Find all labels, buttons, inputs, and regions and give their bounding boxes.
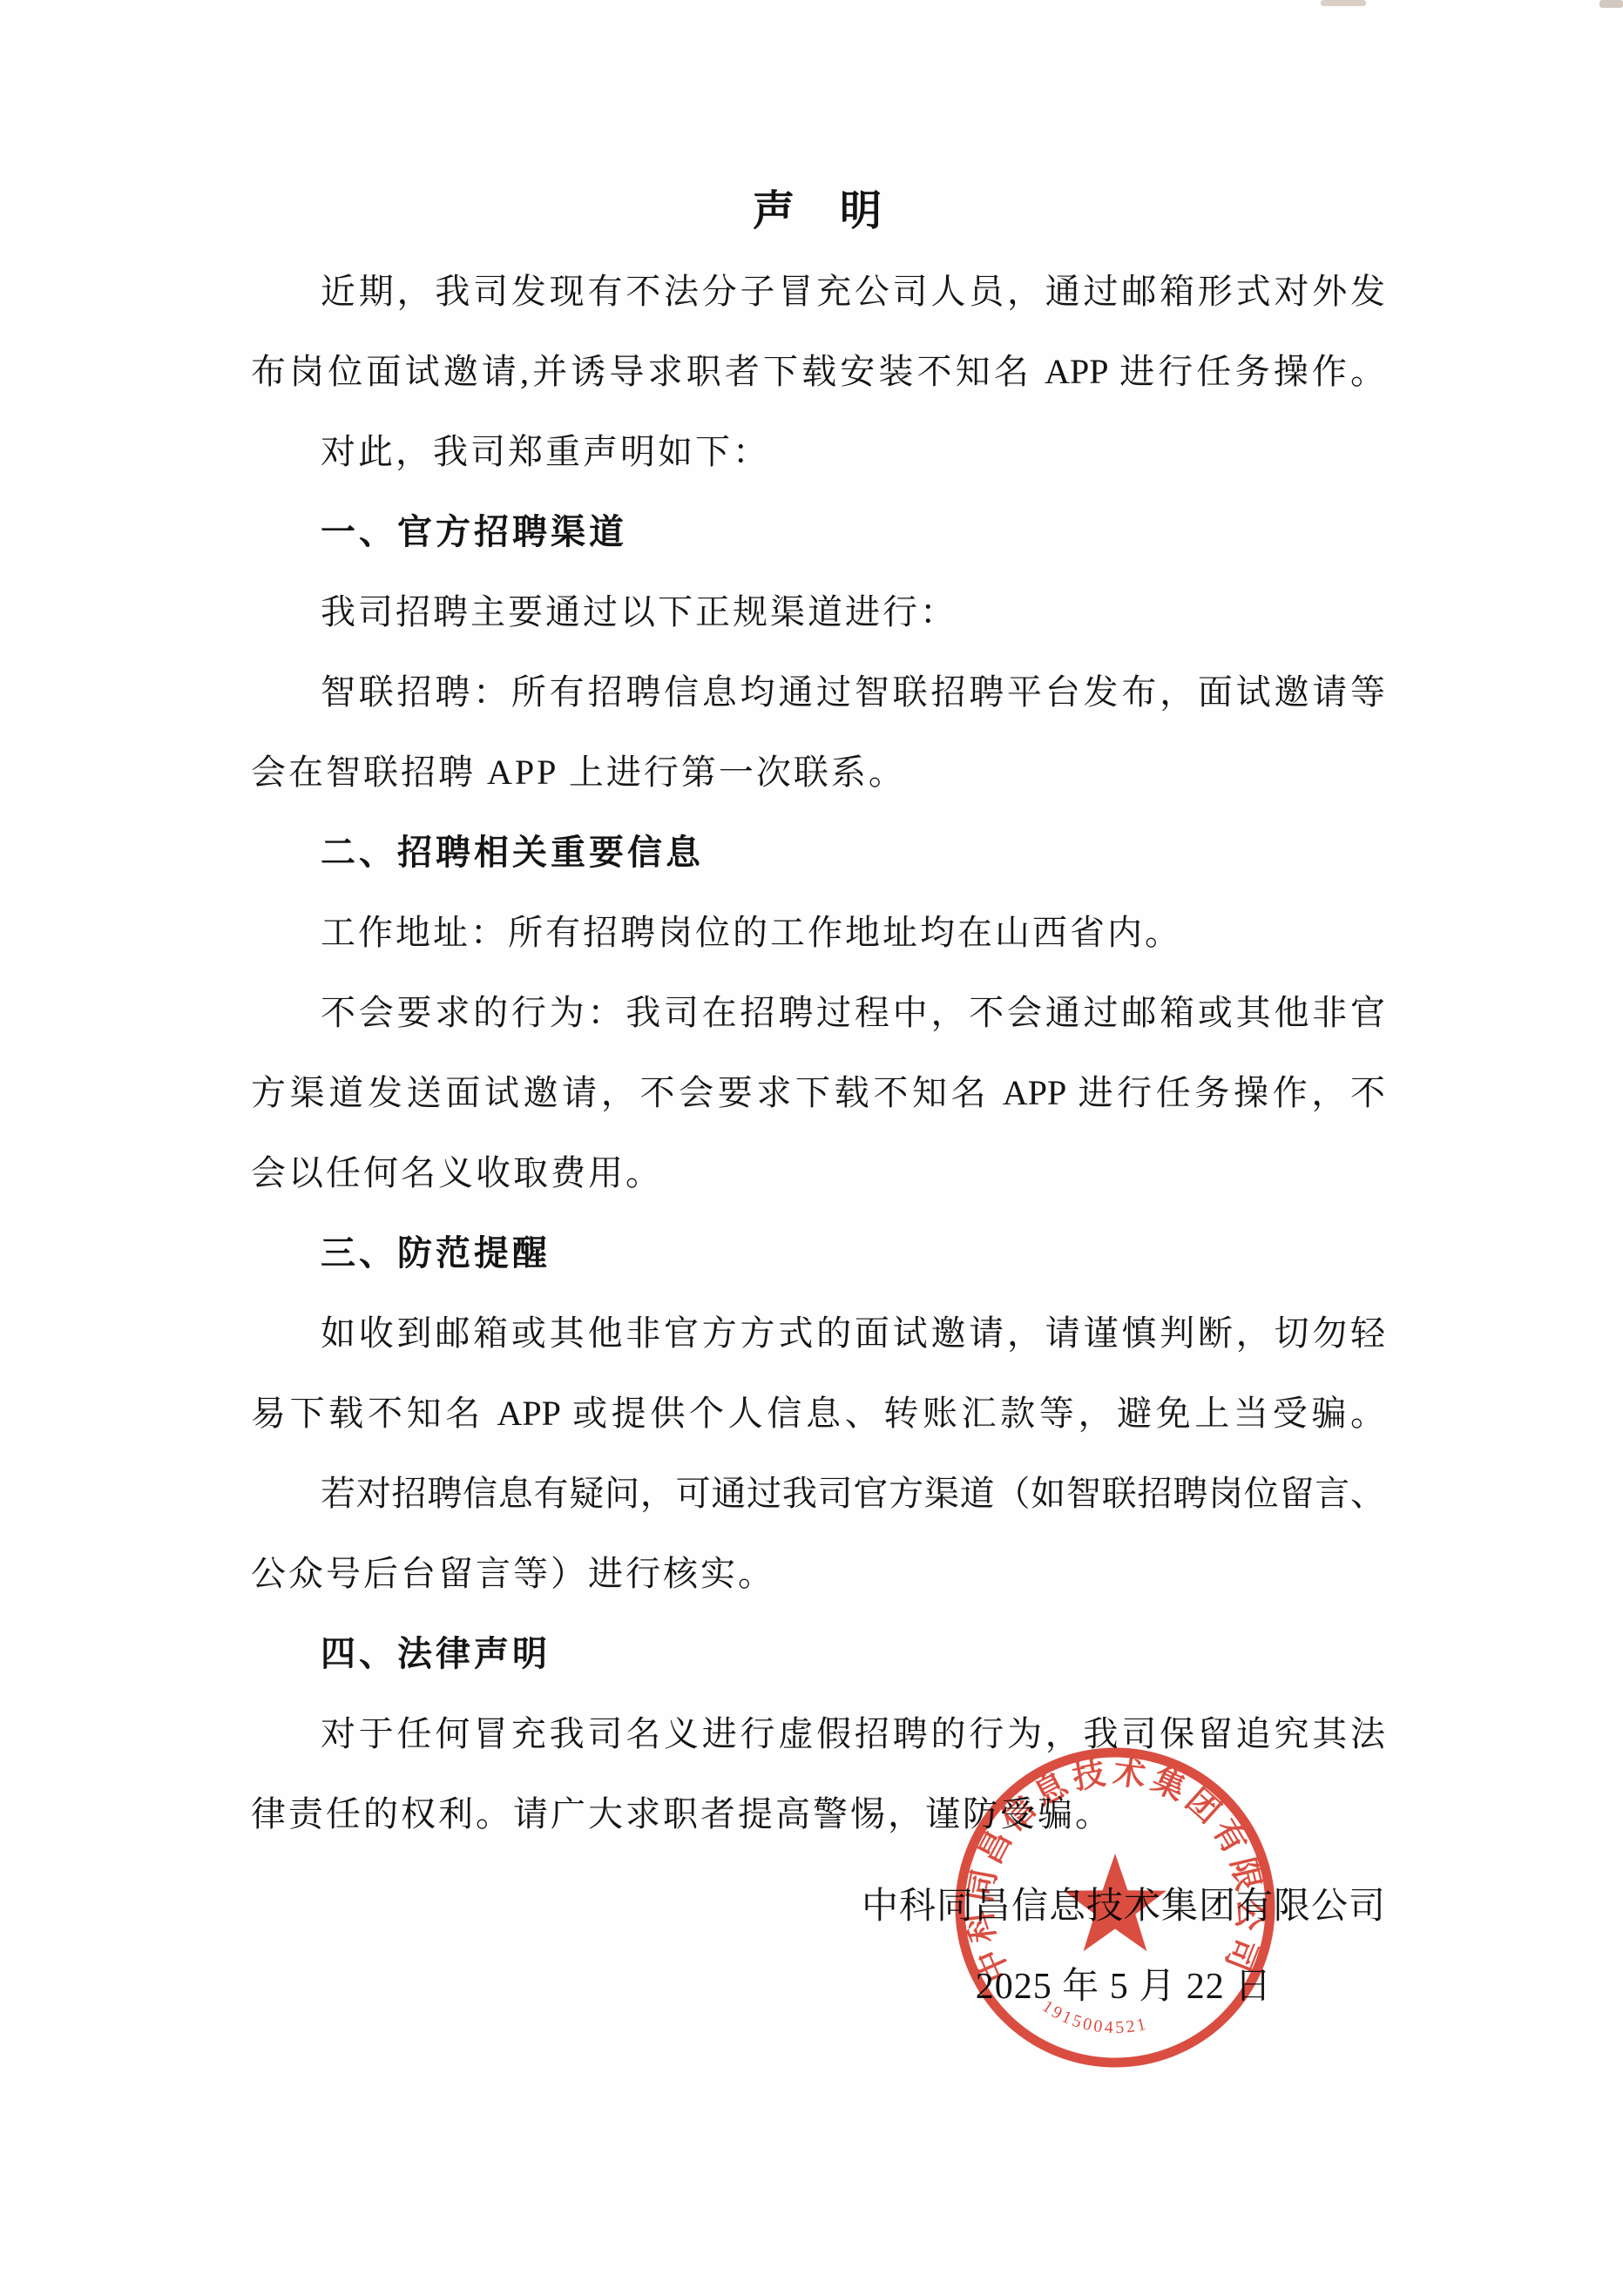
document-line: 不会要求的行为：我司在招聘过程中，不会通过邮箱或其他非官 xyxy=(251,973,1385,1053)
scan-artifact xyxy=(1321,0,1366,6)
seal-star-icon xyxy=(1064,1854,1167,1951)
document-line: 布岗位面试邀请,并诱导求职者下载安装不知名 APP 进行任务操作。 xyxy=(251,332,1385,412)
document-line: 易下载不知名 APP 或提供个人信息、转账汇款等，避免上当受骗。 xyxy=(251,1374,1385,1454)
document-line: 三、防范提醒 xyxy=(251,1213,1385,1293)
document-line: 会在智联招聘 APP 上进行第一次联系。 xyxy=(251,733,1385,813)
scan-artifact xyxy=(1599,0,1623,8)
company-seal-stamp: 中科同昌信息技术集团有限公司 1915004521 xyxy=(950,1742,1281,2073)
document-line: 方渠道发送面试邀请，不会要求下载不知名 APP 进行任务操作，不 xyxy=(251,1053,1385,1133)
scanned-statement-page: 声 明 近期，我司发现有不法分子冒充公司人员，通过邮箱形式对外发布岗位面试邀请,… xyxy=(0,0,1623,2296)
document-line: 如收到邮箱或其他非官方方式的面试邀请，请谨慎判断，切勿轻 xyxy=(251,1293,1385,1374)
document-line: 若对招聘信息有疑问，可通过我司官方渠道（如智联招聘岗位留言、 xyxy=(251,1454,1385,1534)
document-title: 声 明 xyxy=(251,172,1385,252)
document-line: 我司招聘主要通过以下正规渠道进行： xyxy=(251,572,1385,652)
document-line: 工作地址：所有招聘岗位的工作地址均在山西省内。 xyxy=(251,893,1385,973)
document-line: 对此，我司郑重声明如下： xyxy=(251,412,1385,492)
document-line: 四、法律声明 xyxy=(251,1614,1385,1694)
seal-number-arc-text: 1915004521 xyxy=(1038,1996,1150,2037)
document-line: 一、官方招聘渠道 xyxy=(251,492,1385,572)
svg-text:1915004521: 1915004521 xyxy=(1038,1996,1150,2037)
document-line: 近期，我司发现有不法分子冒充公司人员，通过邮箱形式对外发 xyxy=(251,252,1385,332)
document-line: 公众号后台留言等）进行核实。 xyxy=(251,1534,1385,1614)
document-line: 会以任何名义收取费用。 xyxy=(251,1133,1385,1213)
document-line: 二、招聘相关重要信息 xyxy=(251,813,1385,893)
document-body: 近期，我司发现有不法分子冒充公司人员，通过邮箱形式对外发布岗位面试邀请,并诱导求… xyxy=(251,252,1385,1854)
document-line: 智联招聘：所有招聘信息均通过智联招聘平台发布，面试邀请等 xyxy=(251,652,1385,733)
